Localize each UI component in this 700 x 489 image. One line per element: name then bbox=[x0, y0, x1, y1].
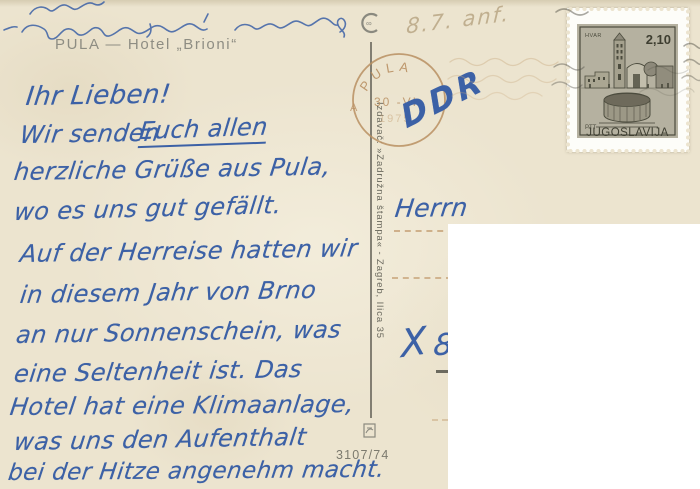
message-line: Hotel hat eine Klimaanlage, bbox=[8, 390, 356, 421]
postcard-back: PULA — Hotel „Brioni“ ∞ Ihr Lieben! Wir … bbox=[0, 0, 700, 489]
printer-logo-icon bbox=[362, 422, 378, 440]
message-line: wo es uns gut gefällt. bbox=[13, 191, 283, 226]
address-prefix: Herrn bbox=[393, 193, 469, 223]
message-line: in diesem Jahr von Brno bbox=[19, 276, 319, 309]
message-line: eine Seltenheit ist. Das bbox=[13, 355, 304, 388]
message-line: bei der Hitze angenehm macht. bbox=[7, 457, 387, 486]
postal-code-mark: X bbox=[400, 318, 428, 366]
censored-address-area bbox=[448, 224, 700, 489]
wavy-cancellation-icon bbox=[0, 0, 700, 180]
address-line bbox=[394, 230, 454, 232]
order-number: 3107/74 bbox=[336, 448, 390, 462]
message-line: Auf der Herreise hatten wir bbox=[19, 234, 360, 268]
message-line: an nur Sonnenschein, was bbox=[15, 315, 343, 349]
address-line bbox=[392, 277, 452, 279]
message-line: was uns den Aufenthalt bbox=[13, 423, 309, 456]
